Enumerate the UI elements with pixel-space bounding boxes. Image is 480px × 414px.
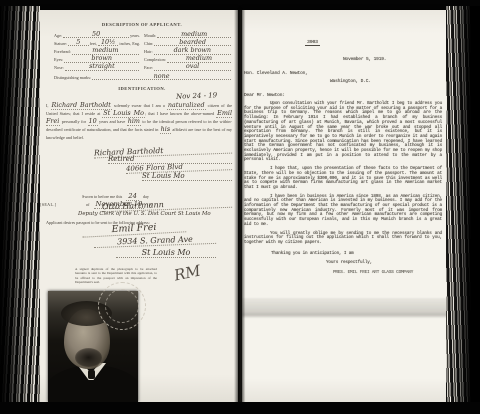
letter-paragraph-3: I have been in business in America since… xyxy=(244,195,442,228)
photo-mustache-beard xyxy=(75,348,102,367)
affidavit-segment: personally for xyxy=(60,119,87,124)
notary-title: Deputy Clerk of the U. S. Dist Court St … xyxy=(78,211,234,217)
clerk-initials-flourish: RM xyxy=(172,261,202,284)
department-seal-inner-ring xyxy=(105,289,139,323)
field-complexion-label: Complexion: xyxy=(144,57,166,63)
field-forehead-label: Forehead: xyxy=(54,49,71,55)
identification-date-handwritten: Nov 24 - 19 xyxy=(176,91,217,100)
letter-closing: Thanking you in anticipation, I am xyxy=(271,251,442,256)
field-mouth-label: Mouth: xyxy=(144,33,156,39)
affidavit-years-known: 10 xyxy=(88,117,98,126)
letter-valediction: Yours respectfully, xyxy=(326,260,442,265)
letter-date: November 5, 1919. xyxy=(343,57,442,62)
seal-placeholder-label: [SEAL.] xyxy=(40,202,56,207)
affidavit-segment: I, xyxy=(46,103,51,108)
field-nose-value: straight xyxy=(65,63,139,71)
field-age-value: 50 xyxy=(63,31,129,39)
field-face-value: oval xyxy=(154,63,231,71)
description-fields-left-column: Age: 50 years. Stature: 5 feet, 10½ inch… xyxy=(54,30,140,71)
field-stature-inches-unit: inches, Eng. xyxy=(119,41,140,47)
field-mouth: Mouth: medium xyxy=(144,30,232,38)
witness-affidavit-text: I, Richard Bartholdt solemnly swear that… xyxy=(46,102,232,142)
letter-page-number: 3903 xyxy=(305,40,320,46)
description-fields-right-column: Mouth: medium Chin: bearded Hair: dark b… xyxy=(144,30,232,71)
field-nose: Nose: straight xyxy=(54,63,140,71)
letter-paragraph-2: I hope that, upon the presentation of th… xyxy=(244,167,442,191)
mailing-city-handwritten: St Louis Mo xyxy=(116,248,216,258)
photo-tie-knot xyxy=(88,370,95,379)
field-age: Age: 50 years. xyxy=(54,30,140,38)
book-right-page-edges xyxy=(446,6,480,404)
field-age-label: Age: xyxy=(54,33,62,39)
letter-paragraph-4: You will greatly oblige me by sending to… xyxy=(244,232,442,246)
field-stature-feet: 5 xyxy=(68,39,89,47)
field-age-unit: years. xyxy=(130,33,140,39)
affidavit-segment: ; that I have known the above-named xyxy=(145,111,216,116)
sworn-of-word: of xyxy=(86,202,90,208)
description-section-title: DESCRIPTION OF APPLICANT. xyxy=(54,22,230,27)
scan-bottom-black-band xyxy=(0,402,480,414)
witness-city: St Louis Mo xyxy=(142,172,232,181)
field-face: Face: oval xyxy=(144,63,232,71)
typed-letter: 3903 November 5, 1919. Hon. Cleveland A.… xyxy=(244,30,442,275)
letter-paragraph-1: Upon consultation with your friend Mr. B… xyxy=(244,102,442,163)
page-fold-smudge xyxy=(242,298,448,318)
affidavit-segment: years and have xyxy=(98,119,127,124)
department-seal-stamp-icon xyxy=(98,282,146,330)
field-face-label: Face: xyxy=(144,65,153,71)
field-chin-label: Chin: xyxy=(144,41,153,47)
book-gutter-shadow xyxy=(234,10,246,402)
letter-company-signature-line: PRES. EMIL FREI ART GLASS COMPANY xyxy=(333,270,442,275)
scanned-document: DESCRIPTION OF APPLICANT. Age: 50 years.… xyxy=(0,0,480,414)
field-distinguishing-marks: Distinguishing marks: none xyxy=(54,72,232,80)
field-hair-label: Hair: xyxy=(144,49,153,55)
affidavit-him: him xyxy=(127,117,141,126)
book-left-page-edges xyxy=(0,6,40,404)
affidavit-segment: solemnly swear that I am a xyxy=(112,103,167,108)
affidavit-his: his xyxy=(160,125,171,134)
letter-recipient-city: Washington, D.C. xyxy=(330,79,442,84)
affidavit-citizen-type: naturalized xyxy=(167,101,206,110)
field-eyes-label: Eyes: xyxy=(54,57,63,63)
field-marks-value: none xyxy=(92,73,231,81)
field-nose-label: Nose: xyxy=(54,65,64,71)
identification-section-title: IDENTIFICATION. xyxy=(54,86,230,91)
passport-application-page: DESCRIPTION OF APPLICANT. Age: 50 years.… xyxy=(38,10,238,402)
letter-recipient: Hon. Cleveland A. Newton, xyxy=(244,71,442,76)
field-stature-label: Stature: xyxy=(54,41,67,47)
field-marks-label: Distinguishing marks: xyxy=(54,75,91,81)
letter-page: 3903 November 5, 1919. Hon. Cleveland A.… xyxy=(242,10,448,402)
letter-salutation: Dear Mr. Newton: xyxy=(244,93,442,98)
